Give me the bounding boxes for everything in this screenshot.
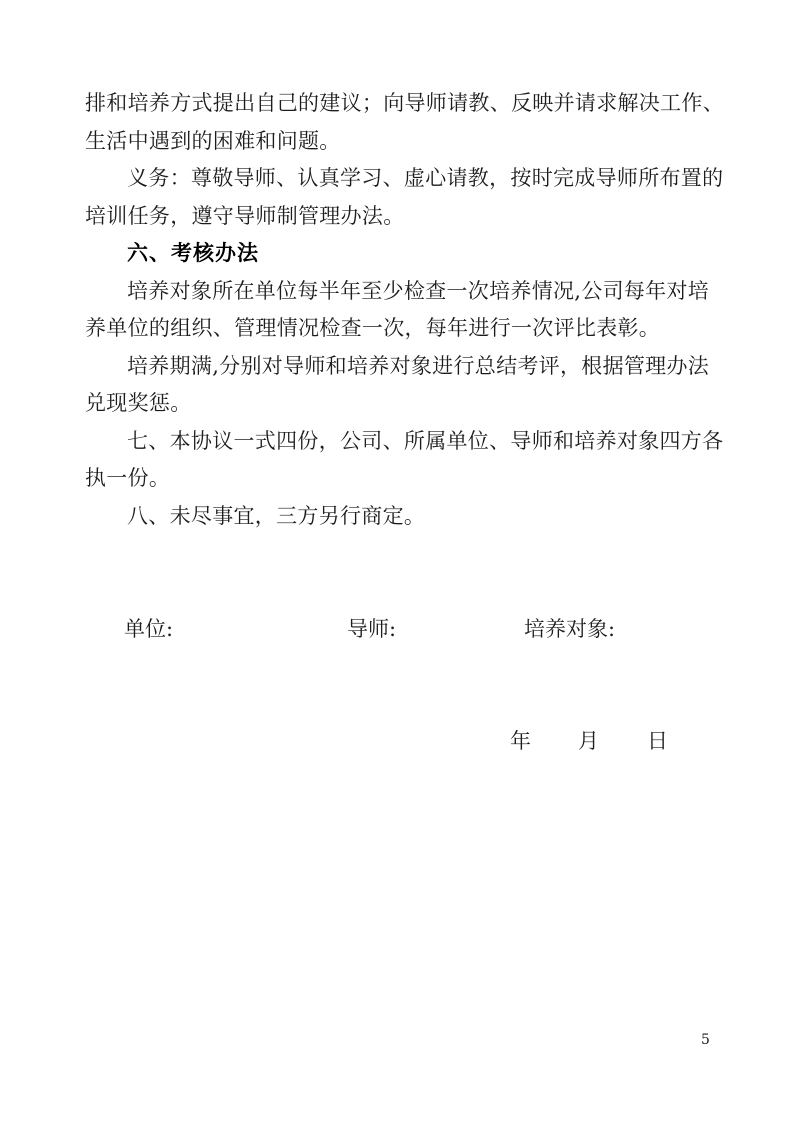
document-body: 排和培养方式提出自己的建议；向导师请教、反映并请求解决工作、 生活中遇到的困难和… <box>85 85 717 535</box>
mentor-signature-label: 导师: <box>347 610 396 648</box>
body-line: 生活中遇到的困难和问题。 <box>85 123 717 161</box>
body-line: 七、本协议一式四份，公司、所属单位、导师和培养对象四方各 <box>85 423 717 461</box>
document-page: 排和培养方式提出自己的建议；向导师请教、反映并请求解决工作、 生活中遇到的困难和… <box>0 0 793 1122</box>
page-number: 5 <box>701 1030 710 1050</box>
body-line: 执一份。 <box>85 460 717 498</box>
body-line: 八、未尽事宜，三方另行商定。 <box>85 498 717 536</box>
body-line: 养单位的组织、管理情况检查一次，每年进行一次评比表彰。 <box>85 310 717 348</box>
body-line: 培训任务，遵守导师制管理办法。 <box>85 198 717 236</box>
trainee-signature-label: 培养对象: <box>524 610 615 648</box>
body-line: 培养对象所在单位每半年至少检查一次培养情况,公司每年对培 <box>85 273 717 311</box>
year-label: 年 <box>510 722 531 760</box>
body-line: 义务：尊敬导师、认真学习、虚心请教，按时完成导师所布置的 <box>85 160 717 198</box>
body-line: 培养期满,分别对导师和培养对象进行总结考评，根据管理办法 <box>85 348 717 386</box>
date-row: 年 月 日 <box>0 722 793 760</box>
section-heading: 六、考核办法 <box>85 235 717 273</box>
body-line: 排和培养方式提出自己的建议；向导师请教、反映并请求解决工作、 <box>85 85 717 123</box>
month-label: 月 <box>578 722 599 760</box>
signature-row: 单位: 导师: 培养对象: <box>0 610 793 648</box>
day-label: 日 <box>647 722 668 760</box>
body-line: 兑现奖惩。 <box>85 385 717 423</box>
unit-signature-label: 单位: <box>124 610 173 648</box>
